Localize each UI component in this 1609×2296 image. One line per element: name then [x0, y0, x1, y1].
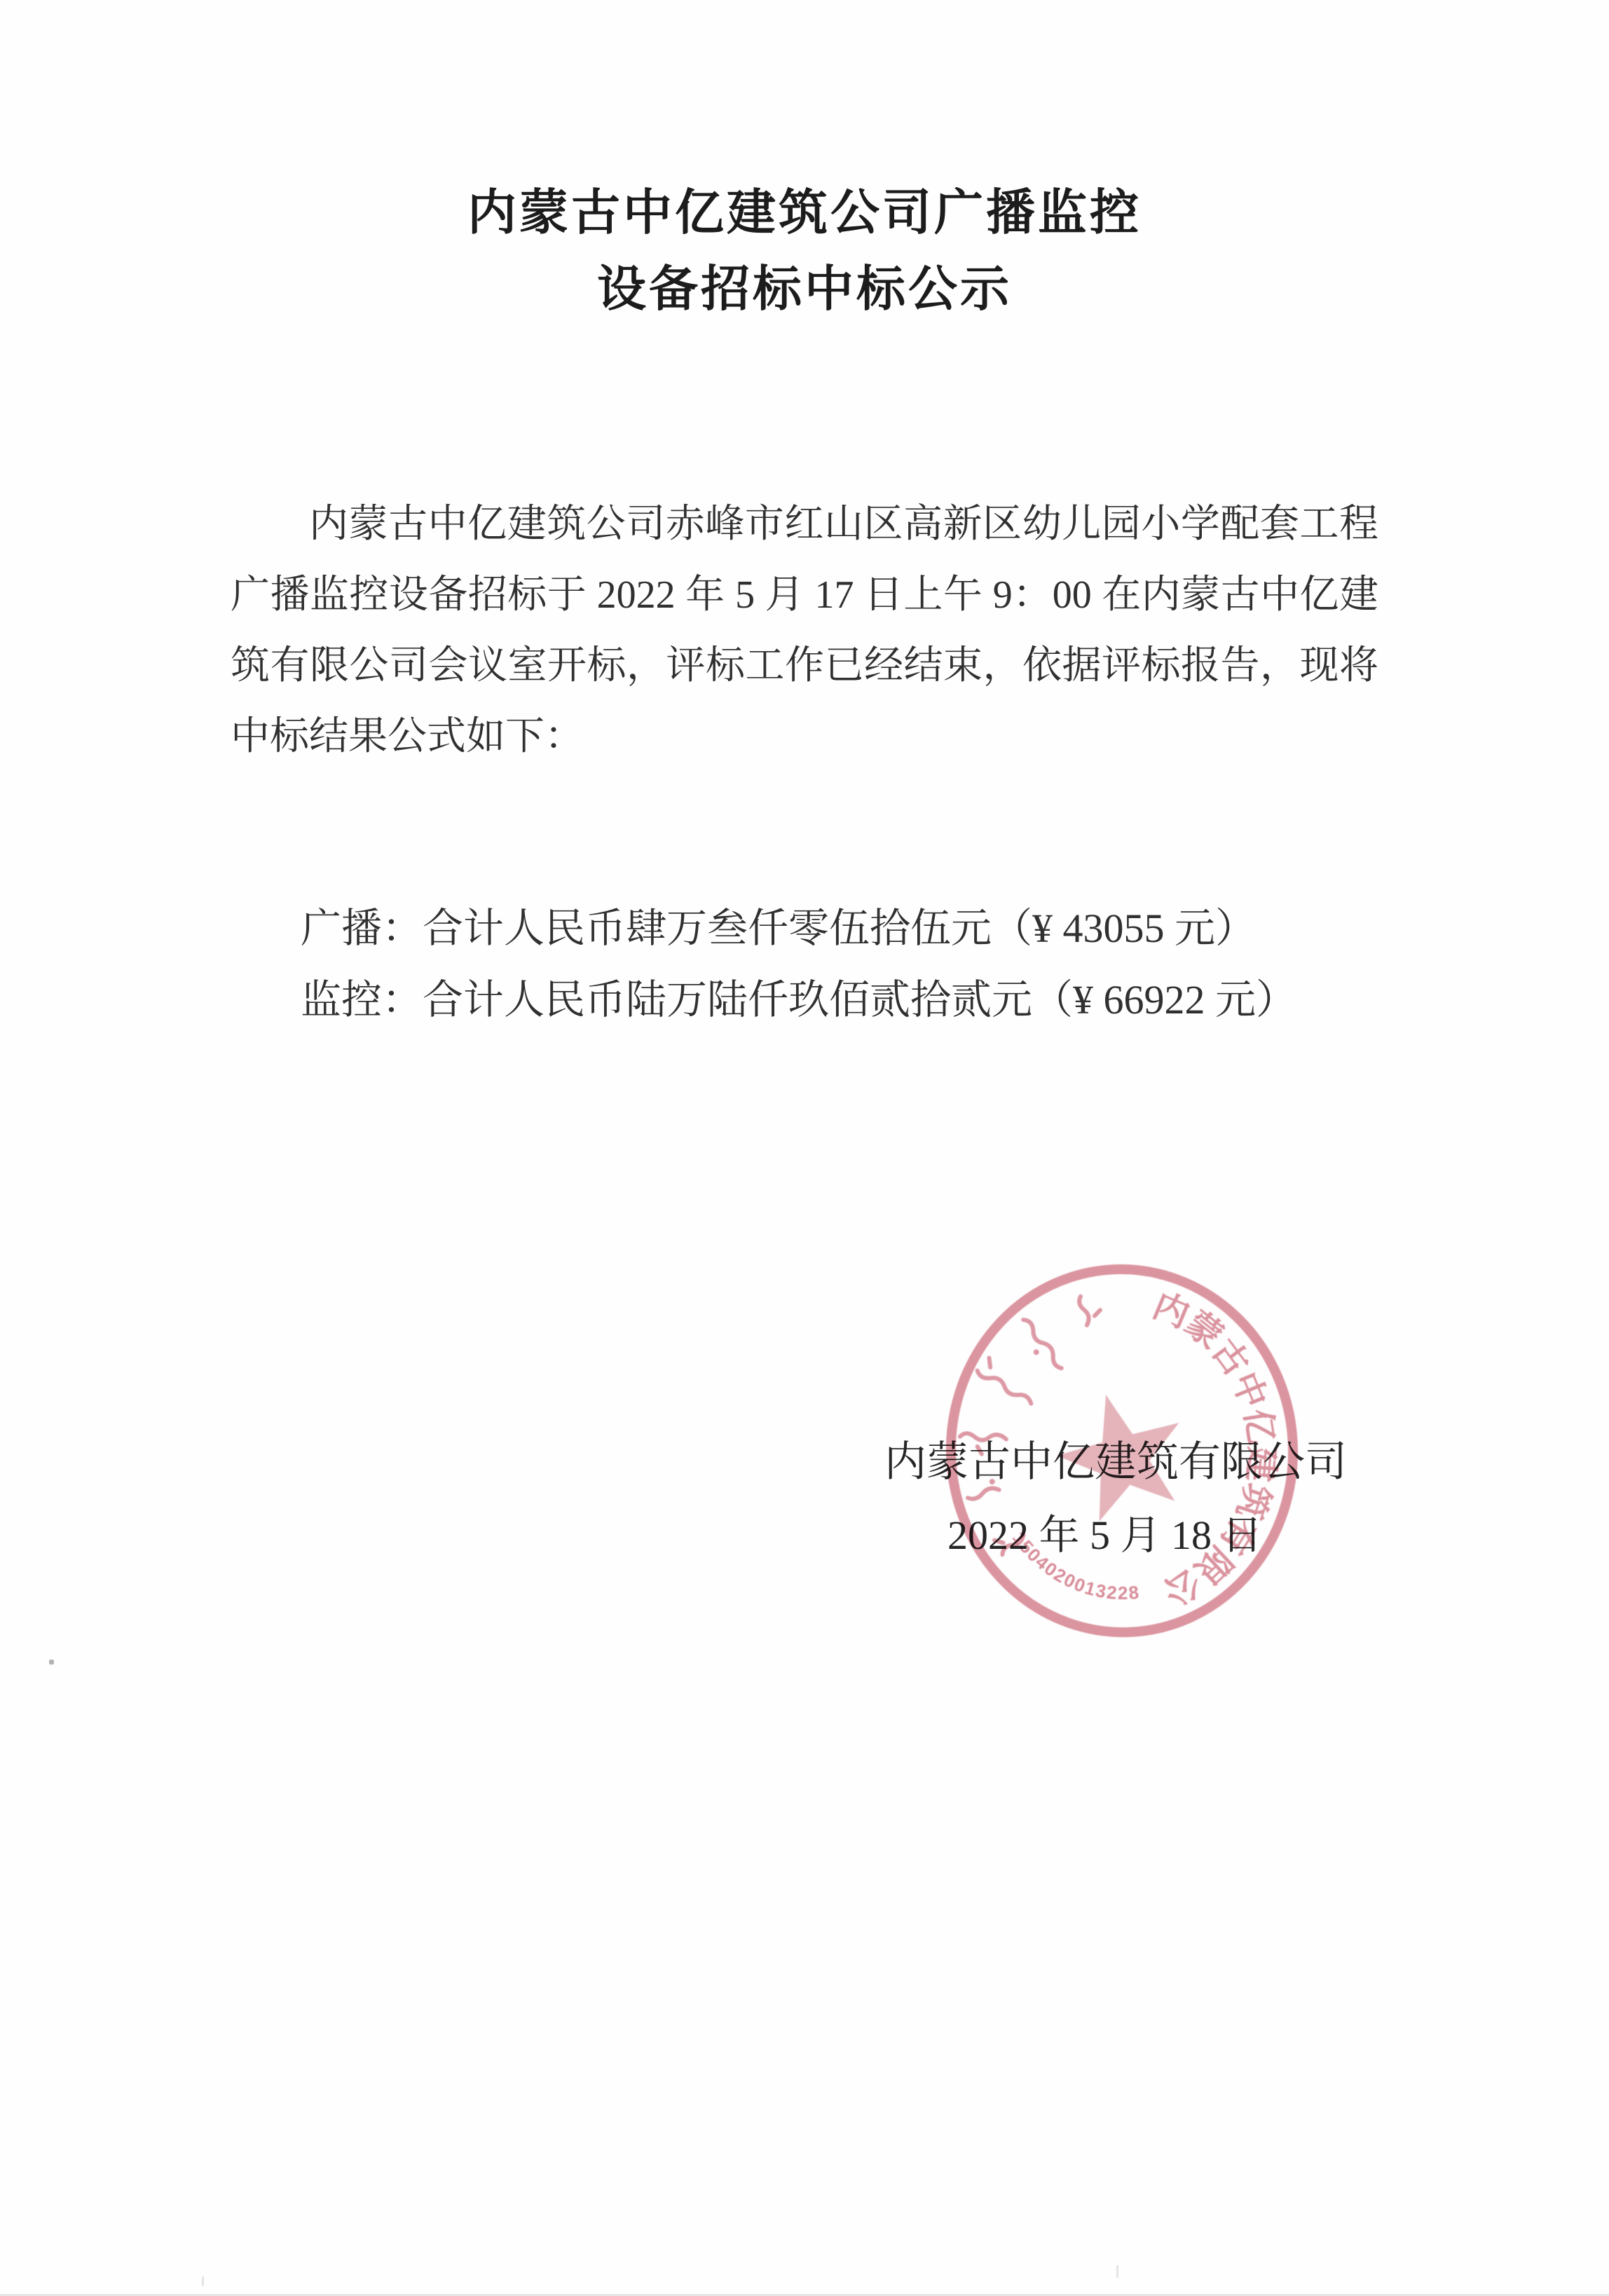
body-line: 内蒙古中亿建筑公司赤峰市红山区高新区幼儿园小学配套工程 [231, 489, 1378, 560]
body-line: 中标结果公式如下： [231, 702, 1378, 772]
seal-star-icon [1050, 1386, 1189, 1525]
document-title-line-2: 设备招标中标公示 [0, 264, 1609, 313]
result-line-broadcast: 广播：合计人民币肆万叁仟零伍拾伍元（¥ 43055 元） [231, 893, 1422, 964]
scan-artifact-tick [202, 2276, 204, 2286]
scan-artifact-dot [49, 1660, 54, 1665]
seal-mongolian-script [951, 1292, 1116, 1559]
body-paragraph: 内蒙古中亿建筑公司赤峰市红山区高新区幼儿园小学配套工程 广播监控设备招标于 20… [231, 489, 1378, 772]
body-line: 筑有限公司会议室开标，评标工作已经结束，依据评标报告，现将 [231, 631, 1378, 702]
document-page: 内蒙古中亿建筑公司广播监控 设备招标中标公示 内蒙古中亿建筑公司赤峰市红山区高新… [0, 0, 1609, 2296]
body-line: 广播监控设备招标于 2022 年 5 月 17 日上午 9：00 在内蒙古中亿建 [231, 560, 1378, 631]
official-seal-stamp: 内蒙古中亿建筑有限公司 1504020013228 [912, 1241, 1332, 1661]
document-title-line-1: 内蒙古中亿建筑公司广播监控 [0, 188, 1609, 237]
scan-artifact-tick [1116, 2265, 1118, 2278]
award-results: 广播：合计人民币肆万叁仟零伍拾伍元（¥ 43055 元） 监控：合计人民币陆万陆… [231, 893, 1422, 1036]
result-line-monitoring: 监控：合计人民币陆万陆仟玖佰贰拾贰元（¥ 66922 元） [231, 964, 1422, 1036]
